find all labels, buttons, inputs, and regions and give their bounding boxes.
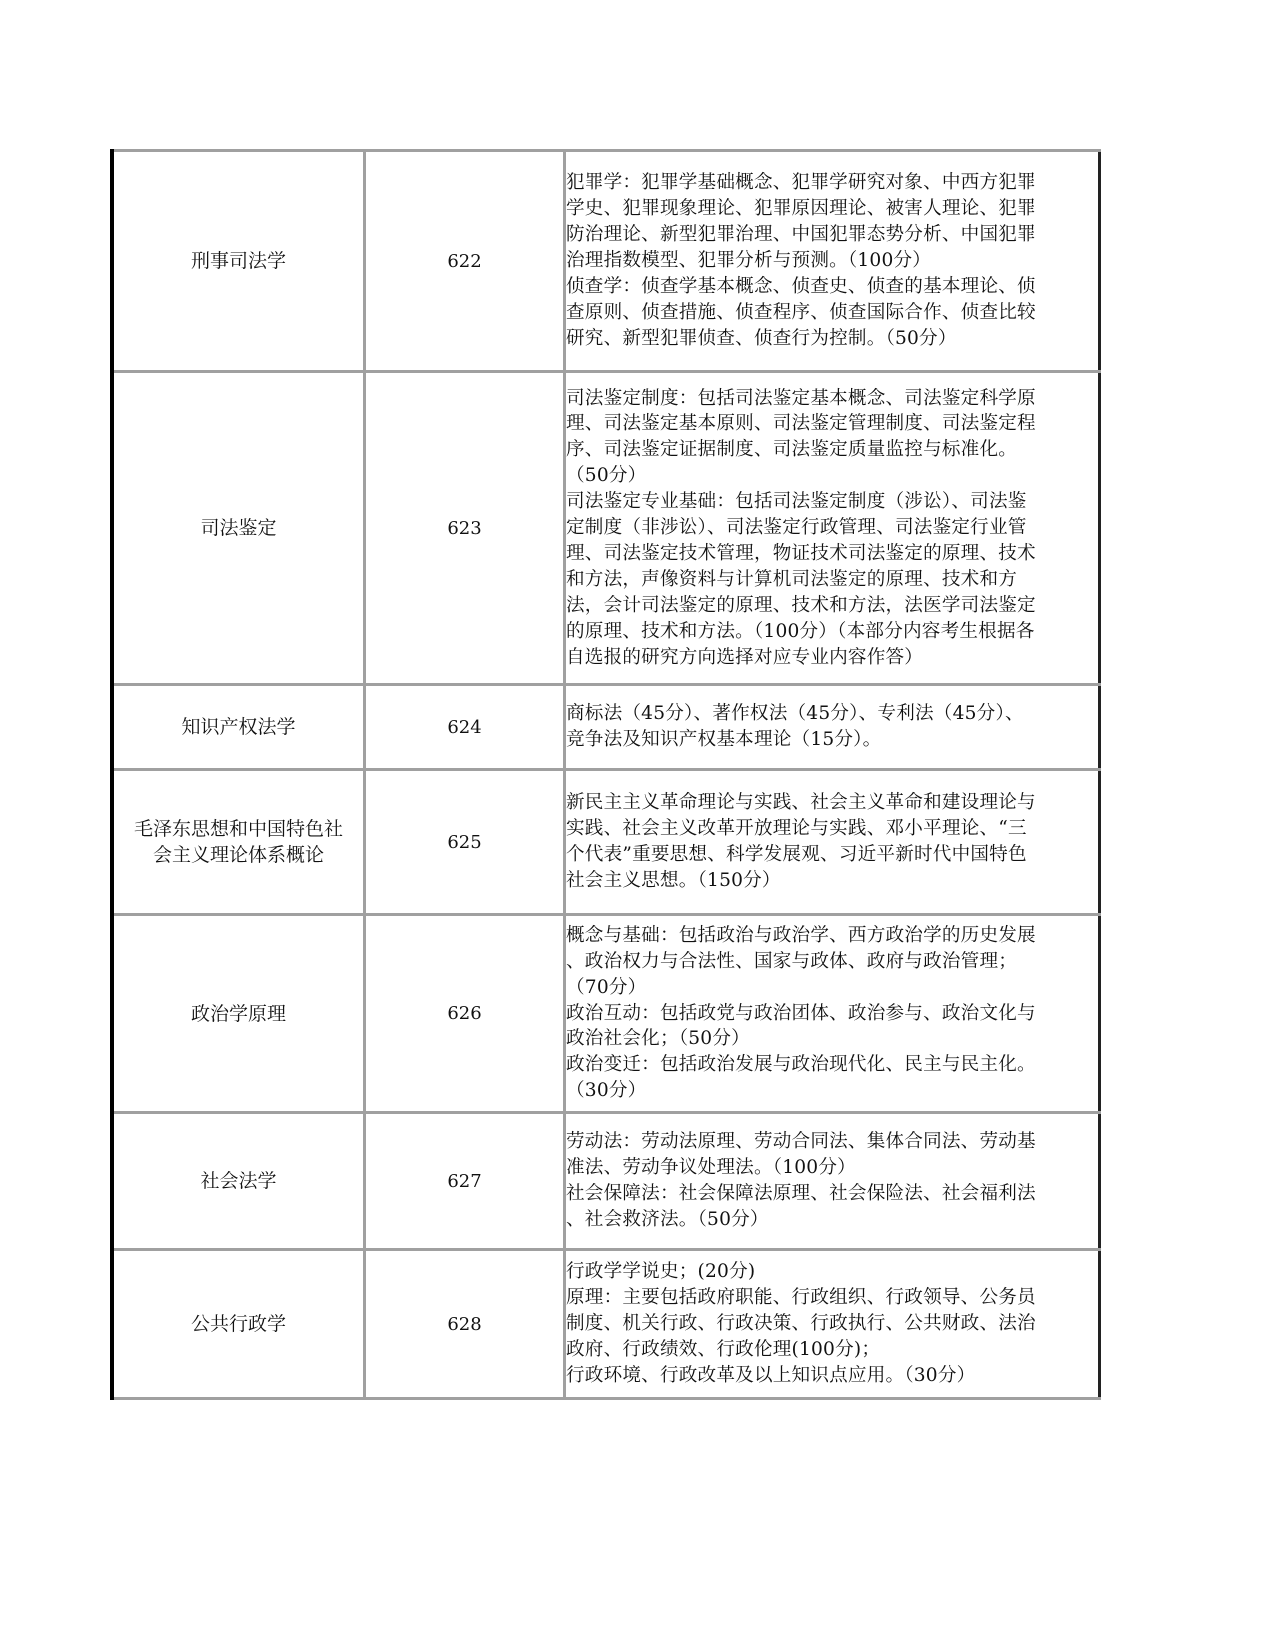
table-row: 社会法学 627 劳动法：劳动法原理、劳动合同法、集体合同法、劳动基 准法、劳动…	[112, 1113, 1100, 1250]
exam-syllabus-table: 刑事司法学 622 犯罪学：犯罪学基础概念、犯罪学研究对象、中西方犯罪 学史、犯…	[110, 149, 1101, 1400]
content-line: 行政环境、行政改革及以上知识点应用。（30分）	[566, 1363, 1098, 1389]
content-cell: 司法鉴定制度：包括司法鉴定基本概念、司法鉴定科学原 理、司法鉴定基本原则、司法鉴…	[565, 372, 1100, 685]
content-line: 的原理、技术和方法。（100分）（本部分内容考生根据各	[566, 619, 1098, 645]
content-line: 序、司法鉴定证据制度、司法鉴定质量监控与标准化。	[566, 437, 1098, 463]
subject-cell: 政治学原理	[112, 915, 365, 1113]
content-cell: 犯罪学：犯罪学基础概念、犯罪学研究对象、中西方犯罪 学史、犯罪现象理论、犯罪原因…	[565, 151, 1100, 372]
table-row: 知识产权法学 624 商标法（45分）、著作权法（45分）、专利法（45分）、 …	[112, 685, 1100, 770]
content-line: 防治理论、新型犯罪治理、中国犯罪态势分析、中国犯罪	[566, 222, 1098, 248]
content-cell: 劳动法：劳动法原理、劳动合同法、集体合同法、劳动基 准法、劳动争议处理法。（10…	[565, 1113, 1100, 1250]
table-body: 刑事司法学 622 犯罪学：犯罪学基础概念、犯罪学研究对象、中西方犯罪 学史、犯…	[112, 151, 1100, 1399]
exam-code-cell: 626	[365, 915, 565, 1113]
content-line: 社会保障法：社会保障法原理、社会保险法、社会福利法	[566, 1181, 1098, 1207]
content-line: 商标法（45分）、著作权法（45分）、专利法（45分）、	[566, 701, 1098, 727]
subject-cell: 社会法学	[112, 1113, 365, 1250]
table-row: 毛泽东思想和中国特色社 会主义理论体系概论 625 新民主主义革命理论与实践、社…	[112, 770, 1100, 915]
subject-cell: 刑事司法学	[112, 151, 365, 372]
subject-name: 刑事司法学	[114, 248, 363, 274]
exam-code-cell: 627	[365, 1113, 565, 1250]
content-line: 定制度（非涉讼）、司法鉴定行政管理、司法鉴定行业管	[566, 515, 1098, 541]
table-row: 司法鉴定 623 司法鉴定制度：包括司法鉴定基本概念、司法鉴定科学原 理、司法鉴…	[112, 372, 1100, 685]
content-line: 竞争法及知识产权基本理论（15分）。	[566, 727, 1098, 753]
exam-code-cell: 625	[365, 770, 565, 915]
content-line: 法，会计司法鉴定的原理、技术和方法，法医学司法鉴定	[566, 593, 1098, 619]
table-row: 刑事司法学 622 犯罪学：犯罪学基础概念、犯罪学研究对象、中西方犯罪 学史、犯…	[112, 151, 1100, 372]
content-line: 行政学学说史；(20分)	[566, 1259, 1098, 1285]
content-line: 理、司法鉴定基本原则、司法鉴定管理制度、司法鉴定程	[566, 411, 1098, 437]
table-row: 公共行政学 628 行政学学说史；(20分) 原理：主要包括政府职能、行政组织、…	[112, 1250, 1100, 1399]
subject-cell: 毛泽东思想和中国特色社 会主义理论体系概论	[112, 770, 365, 915]
content-line: （70分）	[566, 975, 1098, 1001]
content-line: 准法、劳动争议处理法。（100分）	[566, 1155, 1098, 1181]
content-line: （30分）	[566, 1078, 1098, 1104]
table-row: 政治学原理 626 概念与基础：包括政治与政治学、西方政治学的历史发展 、政治权…	[112, 915, 1100, 1113]
content-line: 学史、犯罪现象理论、犯罪原因理论、被害人理论、犯罪	[566, 196, 1098, 222]
content-line: 侦查学：侦查学基本概念、侦查史、侦查的基本理论、侦	[566, 274, 1098, 300]
exam-code-cell: 622	[365, 151, 565, 372]
content-line: 治理指数模型、犯罪分析与预测。（100分）	[566, 248, 1098, 274]
content-line: 司法鉴定专业基础：包括司法鉴定制度（涉讼）、司法鉴	[566, 489, 1098, 515]
content-line: 个代表”重要思想、科学发展观、习近平新时代中国特色	[566, 842, 1098, 868]
content-line: 劳动法：劳动法原理、劳动合同法、集体合同法、劳动基	[566, 1129, 1098, 1155]
content-line: 政府、行政绩效、行政伦理(100分)；	[566, 1337, 1098, 1363]
content-cell: 商标法（45分）、著作权法（45分）、专利法（45分）、 竞争法及知识产权基本理…	[565, 685, 1100, 770]
exam-code-cell: 624	[365, 685, 565, 770]
content-line: 理、司法鉴定技术管理，物证技术司法鉴定的原理、技术	[566, 541, 1098, 567]
exam-code-cell: 628	[365, 1250, 565, 1399]
content-line: 实践、社会主义改革开放理论与实践、邓小平理论、“三	[566, 816, 1098, 842]
subject-name: 司法鉴定	[114, 515, 363, 541]
content-cell: 行政学学说史；(20分) 原理：主要包括政府职能、行政组织、行政领导、公务员 制…	[565, 1250, 1100, 1399]
content-line: 犯罪学：犯罪学基础概念、犯罪学研究对象、中西方犯罪	[566, 170, 1098, 196]
content-line: 和方法，声像资料与计算机司法鉴定的原理、技术和方	[566, 567, 1098, 593]
content-line: （50分）	[566, 463, 1098, 489]
subject-name: 公共行政学	[114, 1311, 363, 1337]
content-line: 、政治权力与合法性、国家与政体、政府与政治管理；	[566, 949, 1098, 975]
content-line: 政治变迁：包括政治发展与政治现代化、民主与民主化。	[566, 1052, 1098, 1078]
content-cell: 新民主主义革命理论与实践、社会主义革命和建设理论与 实践、社会主义改革开放理论与…	[565, 770, 1100, 915]
subject-name: 政治学原理	[114, 1001, 363, 1027]
content-line: 制度、机关行政、行政决策、行政执行、公共财政、法治	[566, 1311, 1098, 1337]
subject-name: 毛泽东思想和中国特色社	[114, 816, 363, 842]
content-line: 研究、新型犯罪侦查、侦查行为控制。（50分）	[566, 326, 1098, 352]
content-line: 查原则、侦查措施、侦查程序、侦查国际合作、侦查比较	[566, 300, 1098, 326]
subject-name: 知识产权法学	[114, 714, 363, 740]
content-line: 政治互动：包括政党与政治团体、政治参与、政治文化与	[566, 1001, 1098, 1027]
subject-cell: 司法鉴定	[112, 372, 365, 685]
content-line: 概念与基础：包括政治与政治学、西方政治学的历史发展	[566, 923, 1098, 949]
subject-cell: 公共行政学	[112, 1250, 365, 1399]
subject-name: 社会法学	[114, 1168, 363, 1194]
content-line: 自选报的研究方向选择对应专业内容作答）	[566, 645, 1098, 671]
subject-cell: 知识产权法学	[112, 685, 365, 770]
content-line: 社会主义思想。（150分）	[566, 868, 1098, 894]
content-cell: 概念与基础：包括政治与政治学、西方政治学的历史发展 、政治权力与合法性、国家与政…	[565, 915, 1100, 1113]
subject-name: 会主义理论体系概论	[114, 842, 363, 868]
document-page: 刑事司法学 622 犯罪学：犯罪学基础概念、犯罪学研究对象、中西方犯罪 学史、犯…	[0, 0, 1275, 1650]
content-line: 、社会救济法。（50分）	[566, 1207, 1098, 1233]
content-line: 新民主主义革命理论与实践、社会主义革命和建设理论与	[566, 790, 1098, 816]
content-line: 原理：主要包括政府职能、行政组织、行政领导、公务员	[566, 1285, 1098, 1311]
exam-code-cell: 623	[365, 372, 565, 685]
content-line: 政治社会化；（50分）	[566, 1026, 1098, 1052]
content-line: 司法鉴定制度：包括司法鉴定基本概念、司法鉴定科学原	[566, 386, 1098, 412]
